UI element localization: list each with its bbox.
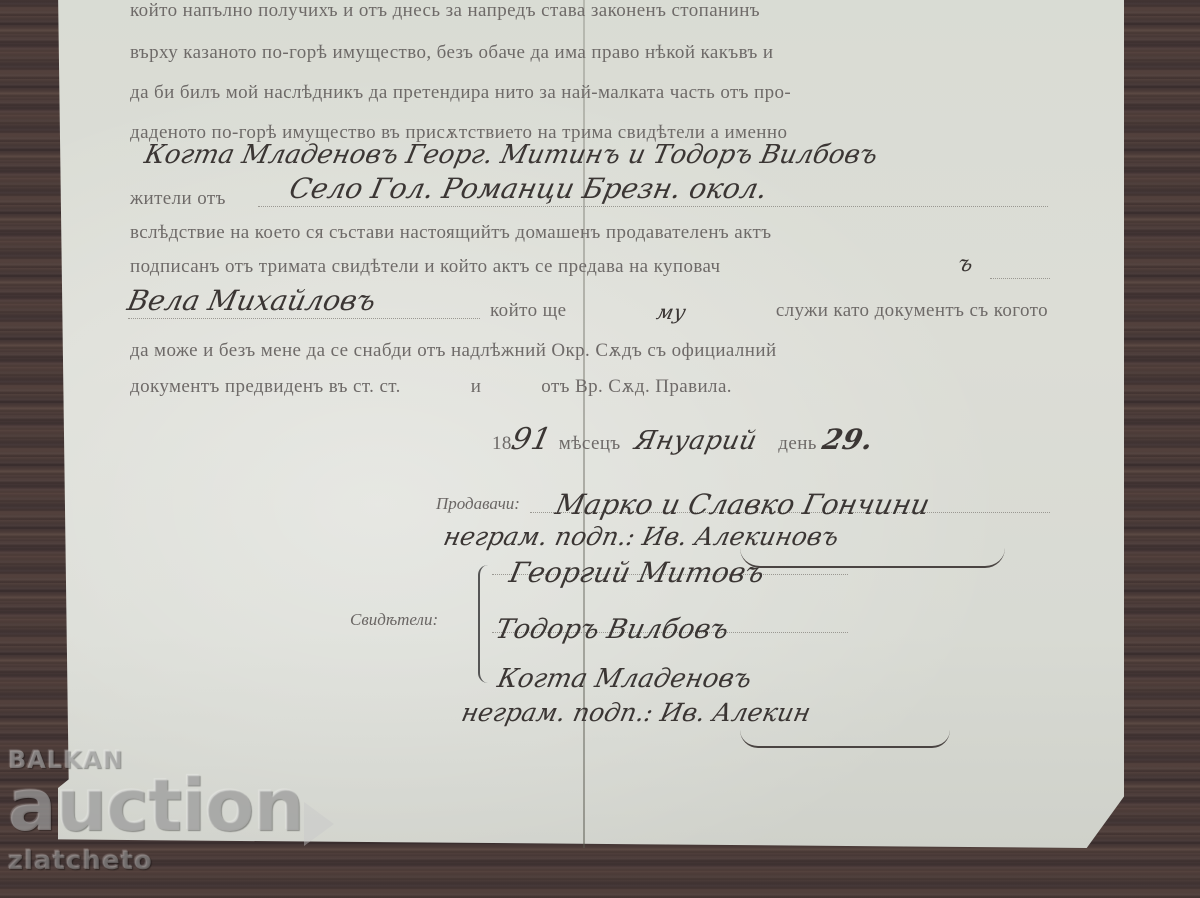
handwritten-sellers-names: Марко и Славко Гончини bbox=[552, 488, 932, 521]
buyer-line-text-b: служи като документъ съ когото bbox=[776, 300, 1048, 324]
signed-line: подписанъ отъ тримата свидѣтели и който … bbox=[130, 256, 1048, 278]
rules-line-a: документъ предвиденъ въ ст. ст. bbox=[130, 376, 401, 398]
auction-watermark: BALKAN auction zlatcheto bbox=[8, 746, 303, 876]
handwritten-village: Село Гол. Романци Брезн. окол. bbox=[286, 172, 770, 205]
date-line: 18 91 мѣсецъ Януарий день 29. bbox=[492, 422, 972, 457]
handwritten-witness-1: Георгий Митовъ bbox=[506, 556, 767, 589]
handwritten-insert: му bbox=[654, 300, 688, 324]
printed-line-court: да може и безъ мене да се снабди отъ над… bbox=[130, 340, 1048, 362]
handwritten-buyer-name: Вела Михайловъ bbox=[124, 284, 378, 317]
handwritten-witness-note: неграм. подп.: Ив. Алекин bbox=[459, 698, 813, 727]
watermark-bottom: zlatcheto bbox=[8, 846, 303, 876]
date-day-label: день bbox=[778, 433, 817, 455]
rules-line-c: отъ Вр. Сѫд. Правила. bbox=[541, 376, 732, 398]
rules-line: документъ предвиденъ въ ст. ст. и отъ Вр… bbox=[130, 376, 1048, 398]
buyer-name-dotted-line bbox=[128, 318, 480, 319]
handwritten-witness-2: Тодоръ Вилбовъ bbox=[493, 614, 732, 645]
rules-line-b: и bbox=[471, 376, 482, 398]
buyer-line-text-a: който ще bbox=[490, 300, 567, 324]
date-month-handwritten: Януарий bbox=[631, 426, 759, 456]
watermark-main: auction bbox=[8, 772, 303, 838]
play-icon bbox=[304, 802, 334, 846]
printed-line-consequence: вслѣдствие на което ся състави настоящий… bbox=[130, 222, 1048, 244]
sellers-label: Продавачи: bbox=[436, 494, 520, 514]
printed-line-1: който напълно получихъ и отъ днесь за на… bbox=[130, 0, 1048, 22]
date-year-handwritten: 91 bbox=[508, 422, 554, 457]
residents-dotted-line bbox=[258, 206, 1048, 207]
witnesses-brace bbox=[478, 565, 494, 683]
witnesses-label: Свидѣтели: bbox=[350, 610, 438, 630]
printed-line-3: да би билъ мой наслѣдникъ да претендира … bbox=[130, 82, 1048, 104]
printed-line-2: върху казаното по-горѣ имущество, безъ о… bbox=[130, 42, 1048, 64]
buyer-line-printed: който ще му служи като документъ съ кого… bbox=[490, 300, 1048, 324]
residents-label: жители отъ bbox=[130, 188, 226, 210]
buyer-dotted-line bbox=[990, 278, 1050, 279]
signed-line-text: подписанъ отъ тримата свидѣтели и който … bbox=[130, 256, 721, 278]
handwritten-witness-3: Когта Младеновъ bbox=[495, 664, 755, 694]
date-day-handwritten: 29. bbox=[819, 423, 876, 456]
date-month-label: мѣсецъ bbox=[559, 433, 621, 455]
handwritten-sellers-note: неграм. подп.: Ив. Алекиновъ bbox=[441, 522, 842, 551]
signature-flourish-1 bbox=[740, 548, 1005, 568]
handwritten-witness-names: Когта Младеновъ Георг. Митинъ и Тодоръ В… bbox=[142, 140, 881, 170]
signature-flourish-2 bbox=[740, 730, 950, 748]
